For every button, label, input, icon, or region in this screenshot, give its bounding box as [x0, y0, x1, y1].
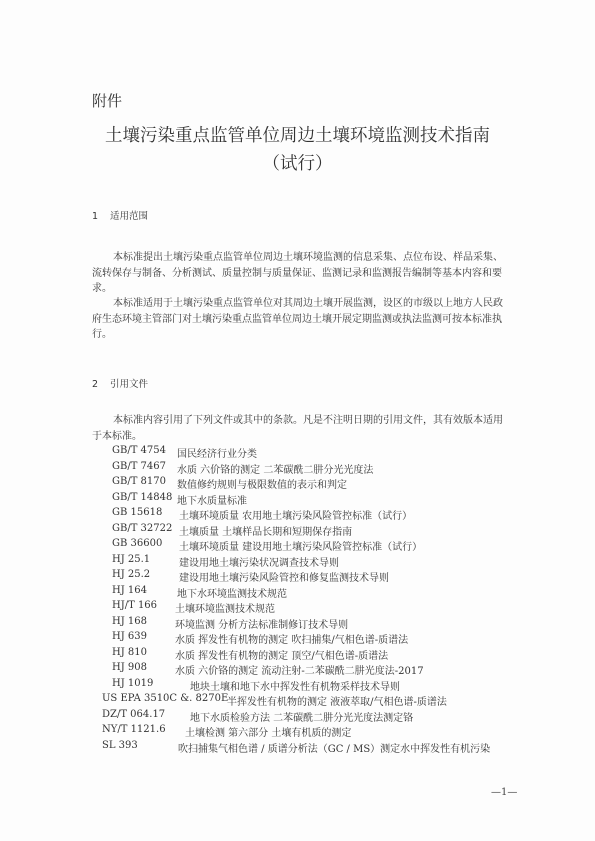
reference-code: GB/T 4754: [112, 445, 166, 456]
reference-code: HJ 164: [112, 585, 147, 596]
reference-title: 国民经济行业分类: [177, 445, 257, 460]
reference-code: HJ 1019: [112, 678, 153, 689]
attachment-label: 附件: [92, 90, 122, 111]
reference-title: 水质 六价铬的测定 流动注射-二苯碳酰二肼光度法-2017: [175, 662, 424, 677]
reference-title: 地下水环境监测技术规范: [177, 585, 287, 600]
reference-code: HJ 810: [112, 647, 147, 658]
reference-title: 土壤质量 土壤样品长期和短期保存指南: [179, 523, 352, 538]
reference-code: US EPA 3510C &. 8270E: [102, 693, 228, 704]
reference-title: 水质 六价铬的测定 二苯碳酰二肼分光光度法: [177, 461, 373, 476]
section-heading-scope: 1适用范围: [92, 208, 148, 222]
reference-title: 半挥发性有机物的测定 液液萃取/气相色谱-质谱法: [227, 693, 447, 708]
section-title: 引用文件: [110, 379, 148, 390]
reference-code: HJ 25.2: [112, 569, 150, 580]
page-number: —1—: [491, 787, 517, 798]
reference-list: GB/T 4754国民经济行业分类 GB/T 7467水质 六价铬的测定 二苯碳…: [112, 445, 512, 765]
section-heading-references: 2引用文件: [92, 376, 148, 390]
reference-title: 水质 挥发性有机物的测定 吹扫捕集/气相色谱-质谱法: [175, 631, 408, 646]
paragraph: 本标准内容引用了下列文件或其中的条款。凡是不注明日期的引用文件，其有效版本适用于…: [92, 413, 507, 444]
reference-title: 地下水质检验方法 二苯碳酰二肼分光光度法测定铬: [190, 709, 413, 724]
reference-code: NY/T 1121.6: [102, 724, 166, 735]
reference-code: HJ 639: [112, 631, 147, 642]
reference-code: GB 15618: [112, 507, 162, 518]
reference-title: 地块土壤和地下水中挥发性有机物采样技术导则: [190, 678, 400, 693]
reference-title: 土壤环境质量 农用地土壤污染风险管控标准（试行）: [179, 507, 412, 522]
reference-title: 土壤环境质量 建设用地土壤污染风险管控标准（试行）: [179, 538, 422, 553]
reference-code: GB/T 14848: [112, 492, 172, 503]
reference-code: HJ 25.1: [112, 554, 150, 565]
reference-code: GB/T 8170: [112, 476, 166, 487]
section-title: 适用范围: [110, 211, 148, 222]
section-number: 1: [92, 211, 110, 222]
reference-title: 水质 挥发性有机物的测定 顶空/气相色谱-质谱法: [175, 647, 388, 662]
reference-title: 土壤环境监测技术规范: [175, 600, 275, 615]
reference-code: GB/T 7467: [112, 461, 166, 472]
document-title-trial: （试行）: [0, 150, 595, 175]
reference-title: 建设用地土壤污染风险管控和修复监测技术导则: [179, 569, 389, 584]
reference-code: GB 36600: [112, 538, 162, 549]
reference-title: 地下水质量标准: [177, 492, 247, 507]
reference-code: DZ/T 064.17: [102, 709, 165, 720]
reference-title: 建设用地土壤污染状况调查技术导则: [179, 554, 339, 569]
reference-title: 数值修约规则与极限数值的表示和判定: [177, 476, 347, 491]
section-number: 2: [92, 379, 110, 390]
reference-code: SL 393: [102, 740, 138, 751]
document-title: 土壤污染重点监管单位周边土壤环境监测技术指南: [0, 122, 595, 147]
reference-title: 环境监测 分析方法标准制修订技术导则: [175, 616, 348, 631]
paragraph: 本标准提出土壤污染重点监管单位周边土壤环境监测的信息采集、点位布设、样品采集、流…: [92, 250, 507, 297]
paragraph: 本标准适用于土壤污染重点监管单位对其周边土壤开展监测，设区的市级以上地方人民政府…: [92, 296, 507, 343]
reference-title: 土壤检测 第六部分 土壤有机质的测定: [185, 724, 351, 739]
reference-code: HJ 168: [112, 616, 147, 627]
reference-code: HJ 908: [112, 662, 147, 673]
reference-code: GB/T 32722: [112, 523, 172, 534]
reference-title: 吹扫捕集气相色谱 / 质谱分析法（GC / MS）测定水中挥发性有机污染: [178, 740, 490, 755]
reference-code: HJ/T 166: [112, 600, 157, 611]
